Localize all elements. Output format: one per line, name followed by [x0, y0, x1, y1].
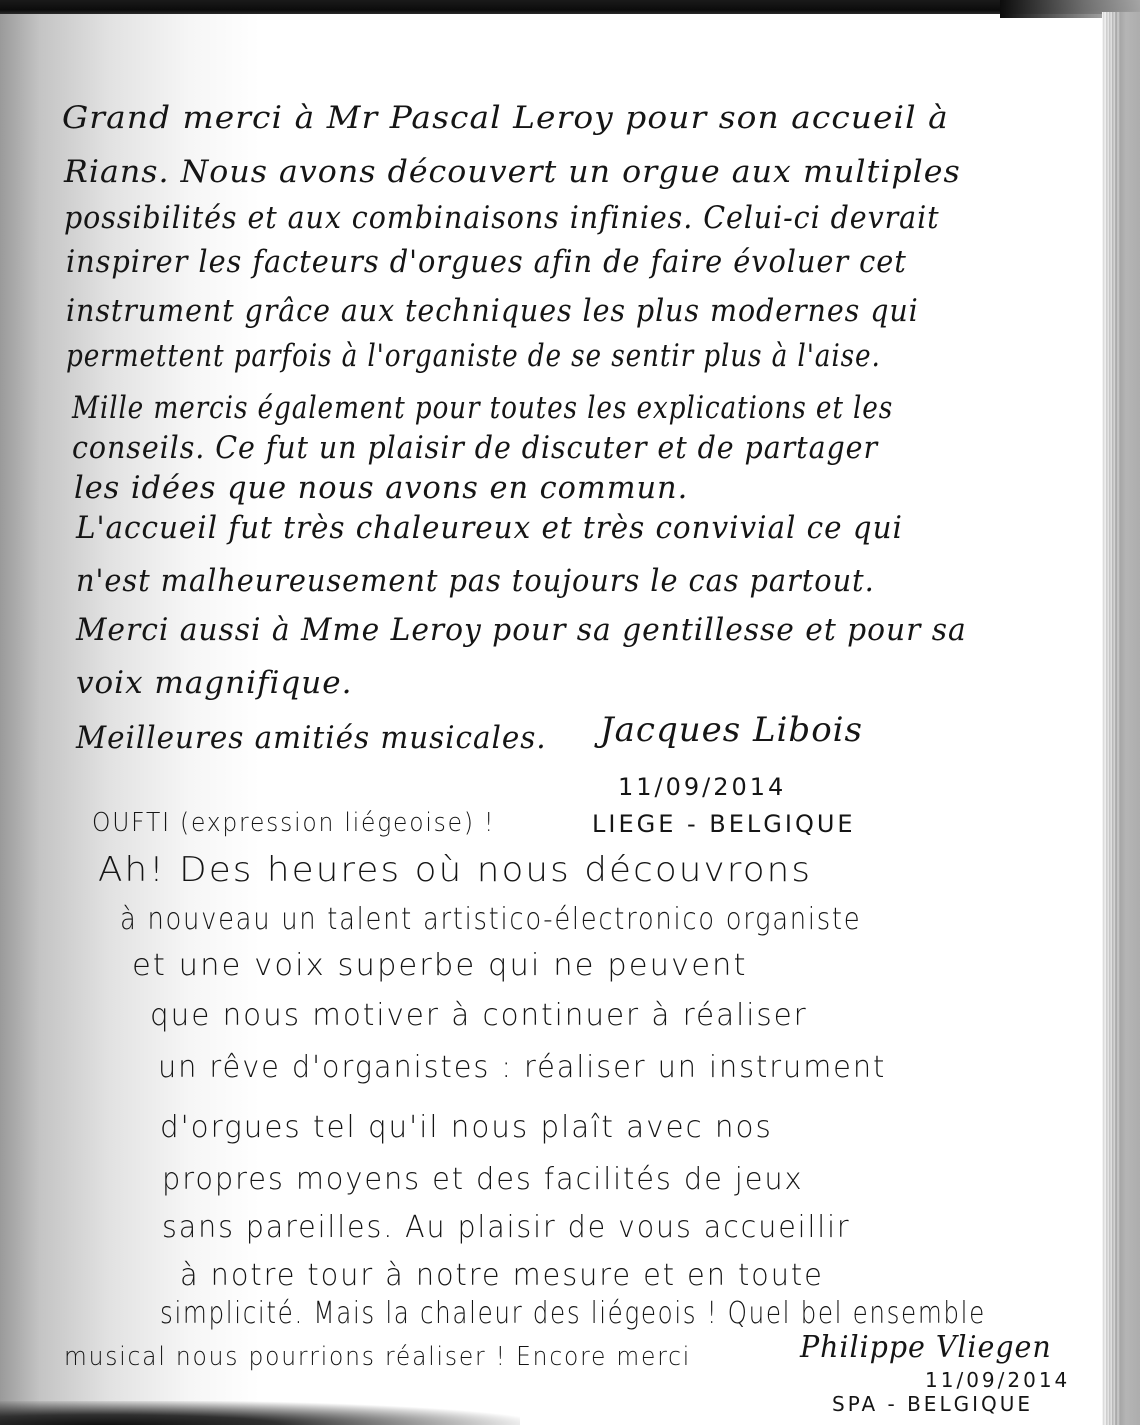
entry-line: possibilités et aux combinaisons infinie… [64, 200, 940, 236]
entry-place: SPA - BELGIQUE [832, 1392, 1033, 1416]
entry-line: sans pareilles. Au plaisir de vous accue… [162, 1210, 851, 1245]
entry-line: à nouveau un talent artistico-électronic… [120, 902, 861, 937]
entry-date: 11/09/2014 [618, 773, 786, 801]
page-bottom-shadow [0, 1401, 520, 1425]
entry-signature: Jacques Libois [600, 710, 863, 750]
entry-signature: Philippe Vliegen [800, 1330, 1052, 1365]
entry-line: permettent parfois à l'organiste de se s… [66, 338, 881, 374]
entry-line: à notre tour à notre mesure et en toute [180, 1258, 824, 1293]
entry-line: n'est malheureusement pas toujours le ca… [76, 563, 875, 599]
entry-line: simplicité. Mais la chaleur des liégeois… [160, 1296, 986, 1331]
entry-line: voix magnifique. [76, 665, 352, 701]
entry-closing: Meilleures amitiés musicales. [76, 720, 547, 756]
entry-line: OUFTI (expression liégeoise) ! [92, 808, 495, 838]
page-stack-edge [1102, 12, 1140, 1425]
entry-line: propres moyens et des facilités de jeux [162, 1162, 804, 1197]
entry-line: Ah! Des heures où nous découvrons [98, 850, 812, 890]
entry-line: Rians. Nous avons découvert un orgue aux… [64, 154, 961, 190]
entry-line: que nous motiver à continuer à réaliser [150, 998, 808, 1033]
entry-line: Grand merci à Mr Pascal Leroy pour son a… [62, 100, 949, 136]
entry-line: un rêve d'organistes : réaliser un instr… [158, 1050, 886, 1085]
entry-line: L'accueil fut très chaleureux et très co… [76, 510, 903, 546]
page-top-shadow [0, 0, 1140, 14]
entry-line: et une voix superbe qui ne peuvent [132, 948, 748, 983]
entry-line: d'orgues tel qu'il nous plaît avec nos [160, 1110, 773, 1145]
entry-line: Mille mercis également pour toutes les e… [72, 390, 893, 426]
notebook-page: Grand merci à Mr Pascal Leroy pour son a… [0, 0, 1140, 1425]
entry-line: musical nous pourrions réaliser ! Encore… [64, 1342, 691, 1372]
entry-line: inspirer les facteurs d'orgues afin de f… [66, 244, 907, 280]
entry-place: LIEGE - BELGIQUE [592, 810, 856, 838]
entry-line: Merci aussi à Mme Leroy pour sa gentille… [76, 612, 967, 648]
entry-line: les idées que nous avons en commun. [74, 470, 688, 506]
entry-line: conseils. Ce fut un plaisir de discuter … [72, 430, 878, 466]
entry-date: 11/09/2014 [925, 1368, 1070, 1392]
entry-line: instrument grâce aux techniques les plus… [66, 293, 919, 329]
